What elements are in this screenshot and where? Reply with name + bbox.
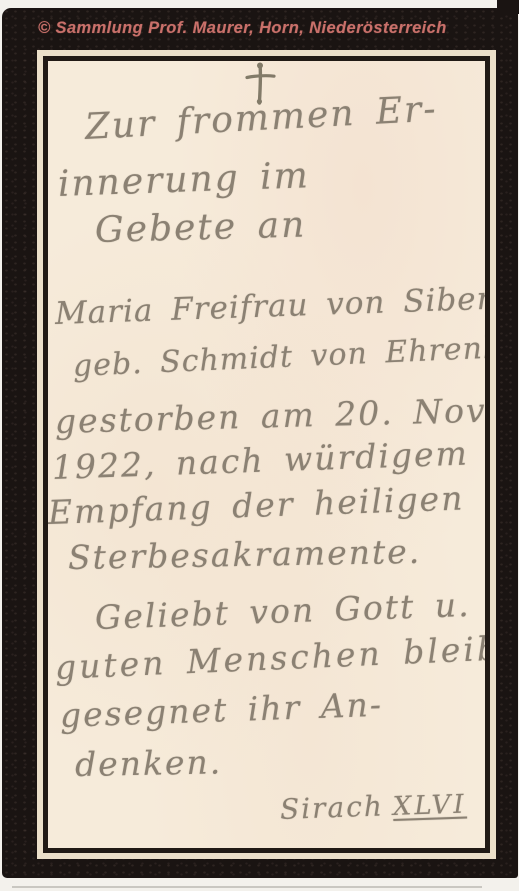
scan-edge-line (12, 886, 482, 888)
handwritten-line-maiden-name: geb. Schmidt von Ehrenberg (72, 331, 490, 382)
handwritten-line-deceased-name: Maria Freifrau von Siber (54, 284, 490, 330)
citation-chapter: XLVI (392, 789, 467, 822)
handwritten-line: Gebete an (95, 207, 307, 249)
mourning-card-frame: © Sammlung Prof. Maurer, Horn, Niederöst… (2, 8, 518, 878)
card-mat-border: Zur frommen Er- innerung im Gebete an Ma… (37, 50, 496, 859)
handwritten-line: innerung im (57, 158, 310, 203)
scripture-citation: SirachXLVI (280, 789, 468, 823)
handwritten-line: 1922, nach würdigem (51, 436, 469, 484)
citation-book: Sirach (279, 789, 384, 826)
handwritten-line: Sterbesakramente. (68, 535, 422, 574)
collection-copyright-stamp: © Sammlung Prof. Maurer, Horn, Niederöst… (38, 19, 447, 39)
handwritten-line: Empfang der heiligen (47, 481, 464, 529)
handwritten-line: Geliebt von Gott u. (94, 588, 471, 634)
handwritten-line: guten Menschen bleibt (54, 631, 490, 684)
handwritten-line: denken. (75, 745, 223, 781)
scan-edge-artifact (497, 0, 519, 14)
handwritten-line: Zur frommen Er- (84, 92, 438, 146)
handwritten-line: gesegnet ihr An- (59, 688, 383, 732)
handwritten-line-death-date: gestorben am 20. Nov. (55, 393, 490, 438)
card-paper: Zur frommen Er- innerung im Gebete an Ma… (43, 56, 490, 853)
